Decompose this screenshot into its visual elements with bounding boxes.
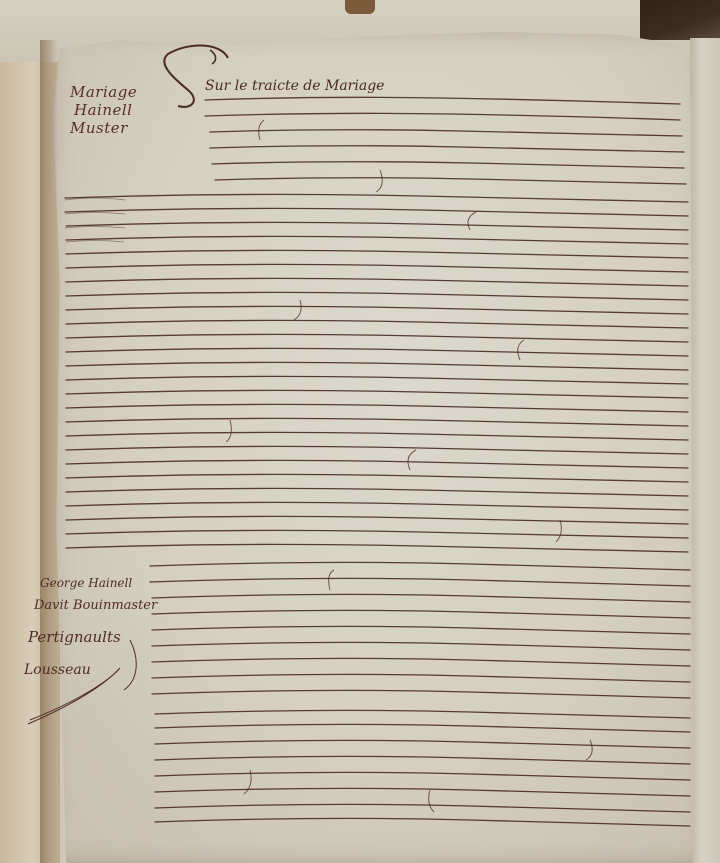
signature-flourish xyxy=(0,0,720,863)
